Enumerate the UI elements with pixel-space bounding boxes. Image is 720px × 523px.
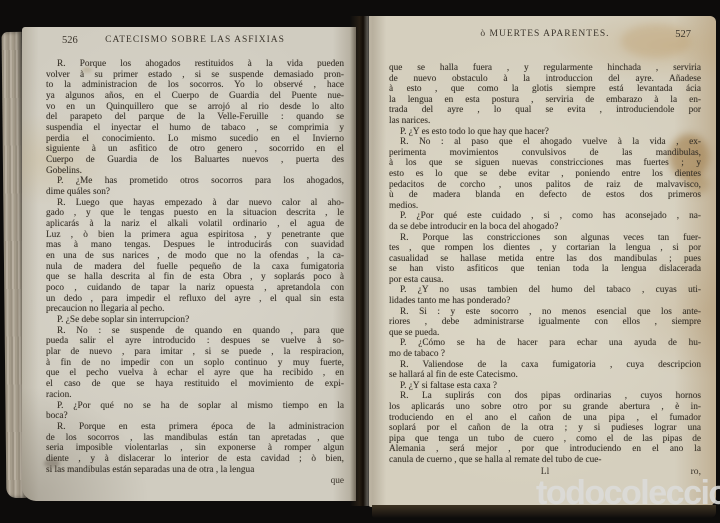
- text-line: seria imposible violentarlas , sin expon…: [46, 443, 344, 454]
- text-line: precaucion no llegaria al pecho.: [46, 304, 344, 315]
- text-line: pipa que tenga un tubo de cuero , como e…: [389, 434, 701, 445]
- text-line: tes , que rompen los dientes , y cortari…: [389, 243, 701, 254]
- right-page-text-column: ò MUERTES APARENTES. 527 que se halla fu…: [389, 29, 701, 44]
- text-line: lidades tanto me has ponderado?: [389, 296, 701, 307]
- right-page-number: 527: [675, 29, 691, 40]
- right-page-body: que se halla fuera , y regularmente hinc…: [389, 63, 701, 466]
- text-line: R. No : al paso que el ahogado vuelve à …: [389, 137, 701, 148]
- text-line: de nuevo obstaculo à la introduccion del…: [389, 74, 701, 85]
- text-line: plar de nuevo , para imitar , si se pued…: [46, 347, 344, 358]
- text-line: P. ¿Y no usas tambien del humo del tabac…: [389, 285, 701, 296]
- text-line: Gobelins.: [46, 166, 344, 177]
- text-line: que se pueda.: [389, 328, 701, 339]
- right-page-header: ò MUERTES APARENTES. 527: [389, 29, 701, 44]
- text-line: to la administracion de los socorros. Yo…: [46, 80, 344, 91]
- text-line: el caso de que se haya restituido el mov…: [46, 379, 344, 390]
- text-line: Alemania , será mejor , por que introduc…: [389, 444, 701, 455]
- text-line: dime quáles son?: [46, 187, 344, 198]
- text-line: P. ¿Por qué no se ha de soplar al mismo …: [46, 401, 344, 412]
- text-line: R. Valiendose de la caxa fumigatoria , c…: [389, 360, 701, 371]
- text-line: Cuerpo de Guardia de los Baluartes nuevo…: [46, 155, 344, 166]
- text-line: siguiente à un asfitico de otro genero ,…: [46, 144, 344, 155]
- left-running-title: CATECISMO SOBRE LAS ASFIXIAS: [46, 35, 344, 45]
- text-line: en una de sus narices , de modo que no l…: [46, 251, 344, 262]
- text-line: casualidad se hallase metida entre las d…: [389, 254, 701, 265]
- book-gutter-shadow: [350, 16, 374, 506]
- text-line: P. ¿Cómo se ha de hacer para echar una a…: [389, 338, 701, 349]
- text-line: perimenta movimientos convulsivos de las…: [389, 148, 701, 159]
- text-line: P. ¿Por qué este cuidado , si , como has…: [389, 211, 701, 222]
- text-line: gado , y que le tengas puesto en la situ…: [46, 208, 344, 219]
- text-line: racion.: [46, 390, 344, 401]
- text-line: los aplicarás uno sobre otro por su gran…: [389, 402, 701, 413]
- text-line: nula de madera del fuelle pequeño de la …: [46, 262, 344, 273]
- text-line: la lengua en esta postura , serviria de …: [389, 95, 701, 106]
- text-line: mas à mano tengas. Despues le introducir…: [46, 240, 344, 251]
- text-line: que se halla descrita al fin de esta Obr…: [46, 272, 344, 283]
- left-page-header: 526 CATECISMO SOBRE LAS ASFIXIAS: [46, 35, 344, 50]
- text-line: R. Porque en esta primera época de la ad…: [46, 422, 344, 433]
- text-line: por esta causa.: [389, 275, 701, 286]
- text-line: à esto , que como la glotis siempre está…: [389, 84, 701, 95]
- text-line: R. Porque las constricciones son algunas…: [389, 233, 701, 244]
- text-line: se hallará al fin de este Catecismo.: [389, 370, 701, 381]
- text-line: à fin de no impedir con un soplo continu…: [46, 358, 344, 369]
- text-line: R. Si : y este socorro , no menos esenci…: [389, 307, 701, 318]
- text-line: P. ¿Me has prometido otros socorros para…: [46, 176, 344, 187]
- text-line: que el pecho vuelva à echar el ayre que …: [46, 368, 344, 379]
- text-line: R. La suplirás con dos pipas ordinarias …: [389, 391, 701, 402]
- text-line: ù de madera blanda en defecto de estos d…: [389, 190, 701, 201]
- text-line: troduciendo en el ano el cañon de una pi…: [389, 413, 701, 424]
- text-line: del parapeto del parque de la Velle-Feru…: [46, 112, 344, 123]
- text-line: poco , cuidando de tapar la nariz opuest…: [46, 283, 344, 294]
- left-page-catchword: que: [46, 476, 344, 486]
- text-line: suspendia el inyectar el humo de tabaco …: [46, 123, 344, 134]
- left-page-text-column: 526 CATECISMO SOBRE LAS ASFIXIAS R. Porq…: [46, 35, 344, 50]
- text-line: P. ¿Y es esto todo lo que hay que hacer?: [389, 127, 701, 138]
- text-line: trada del ayre , lo qual se evita , intr…: [389, 105, 701, 116]
- text-line: pueda salir el ayre introducido : despue…: [46, 336, 344, 347]
- text-line: riores , debe administrarse igualmente c…: [389, 317, 701, 328]
- text-line: Luz , ò bien la primera agua espiritosa …: [46, 230, 344, 241]
- todocoleccion-watermark: todocoleccion: [536, 474, 720, 513]
- text-line: ya algunos años, en el Cuerpo de Guardia…: [46, 91, 344, 102]
- left-page: 526 CATECISMO SOBRE LAS ASFIXIAS R. Porq…: [22, 27, 356, 501]
- text-line: diente , y à dislacerar lo interior de e…: [46, 454, 344, 465]
- text-line: da se debe introducir en la boca del aho…: [389, 222, 701, 233]
- text-line: R. Luego que hayas empezado à dar nuevo …: [46, 198, 344, 209]
- text-line: P. ¿Y si faltase esta caxa ?: [389, 381, 701, 392]
- text-line: un dedo , para impedir el refluxo del ay…: [46, 294, 344, 305]
- text-line: que se halla fuera , y regularmente hinc…: [389, 63, 701, 74]
- text-line: vo en un Quinquillero que se arrojó al r…: [46, 102, 344, 113]
- signature-showthrough-smudge: [44, 459, 60, 468]
- right-running-title: ò MUERTES APARENTES.: [389, 29, 701, 39]
- text-line: P. ¿Se debe soplar sin interrupcion?: [46, 315, 344, 326]
- text-line: canula de cuerno , que se halla al remat…: [389, 455, 701, 466]
- right-page: ò MUERTES APARENTES. 527 que se halla fu…: [369, 16, 716, 507]
- book-photo: 526 CATECISMO SOBRE LAS ASFIXIAS R. Porq…: [0, 0, 720, 523]
- text-line: mo de tabaco ?: [389, 349, 701, 360]
- left-page-body: R. Porque los ahogados restituidos à la …: [46, 59, 344, 475]
- foxing-spot: [82, 67, 92, 73]
- text-line: se han visto asfiticos que tenian toda l…: [389, 264, 701, 275]
- text-line: si las mandibulas están separadas una de…: [46, 465, 344, 476]
- text-line: de los socorros , las mandibulas están t…: [46, 433, 344, 444]
- text-line: pedacitos de corcho , unos palitos de ra…: [389, 180, 701, 191]
- text-line: medios.: [389, 201, 701, 212]
- text-line: las narices.: [389, 116, 701, 127]
- text-line: R. No : se suspende de quando en quando …: [46, 326, 344, 337]
- text-line: soplará por el cañon de la otra ; y si p…: [389, 423, 701, 434]
- text-line: aplicarás à la nariz el alkali volatil o…: [46, 219, 344, 230]
- text-line: esto es lo que se debe evitar , poniendo…: [389, 169, 701, 180]
- text-line: à los que se siguen nuevas constriccione…: [389, 158, 701, 169]
- text-line: boca?: [46, 411, 344, 422]
- text-line: perdia el conocimiento. Lo mismo sucedio…: [46, 134, 344, 145]
